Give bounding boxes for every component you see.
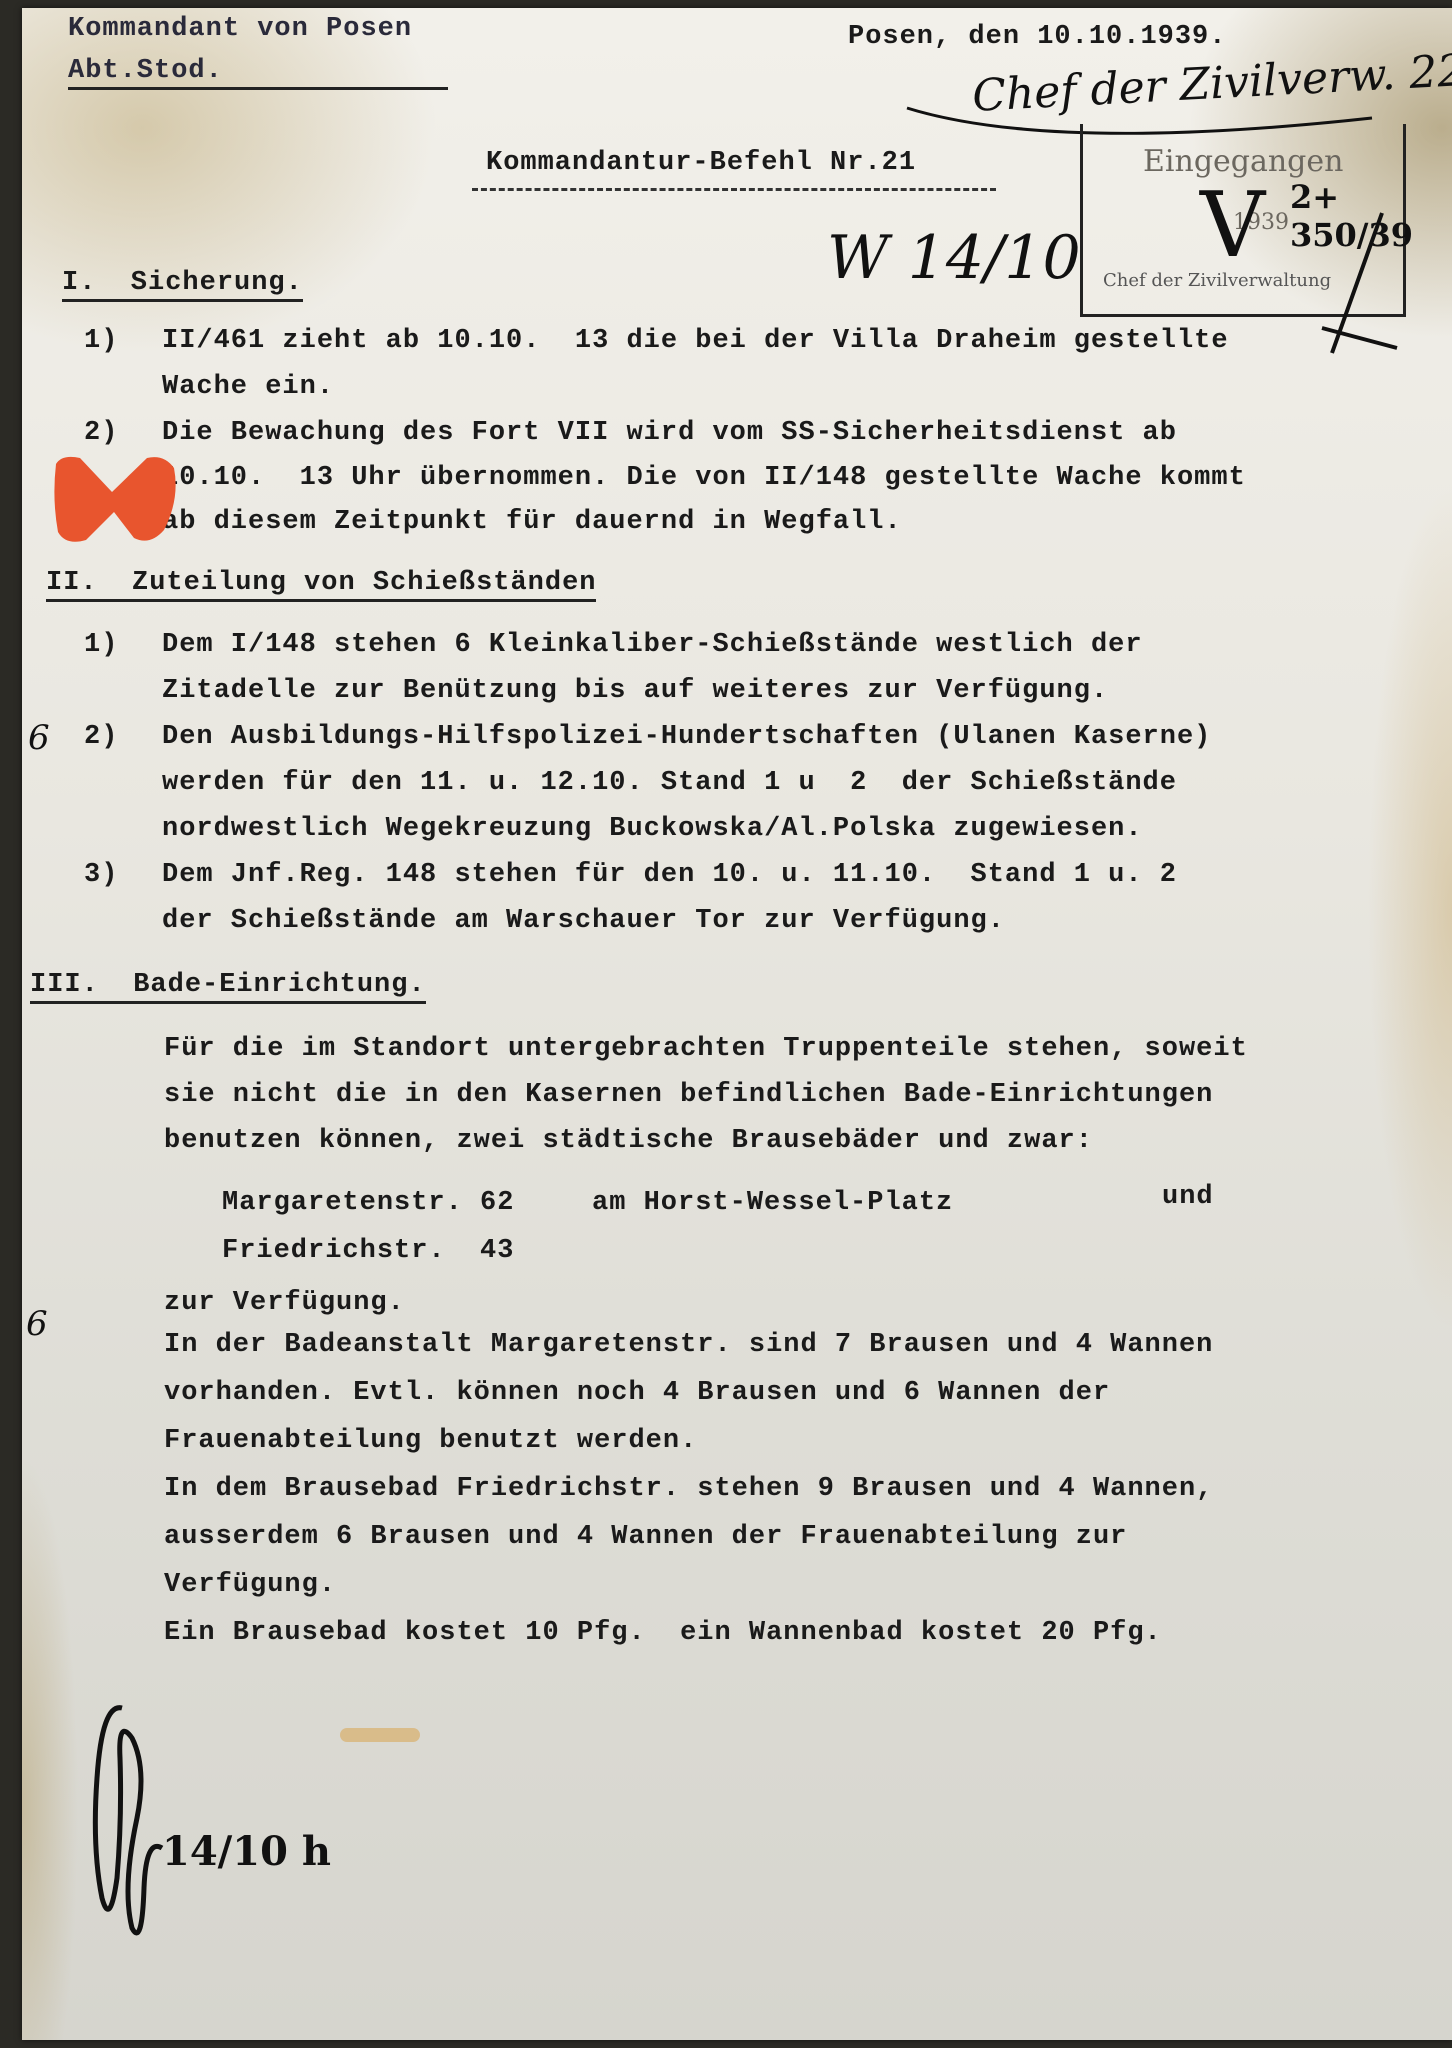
signature-date: 14/10 h <box>162 1828 331 1875</box>
section-3-para-line-2: sie nicht die in den Kasernen befindlich… <box>164 1080 1213 1110</box>
section-2-heading: II. Zuteilung von Schießständen <box>46 568 596 602</box>
section-3-after-line-3: vorhanden. Evtl. können noch 4 Brausen u… <box>164 1378 1110 1408</box>
section-1-heading: I. Sicherung. <box>62 268 303 302</box>
section-3-after-line-8: Ein Brausebad kostet 10 Pfg. ein Wannenb… <box>164 1618 1162 1648</box>
section-3-after-line-1: zur Verfügung. <box>164 1288 405 1318</box>
section-2-item-2-number: 2) <box>84 722 118 752</box>
section-2-item-2-line-3: nordwestlich Wegekreuzung Buckowska/Al.P… <box>162 814 1143 844</box>
section-3-para-line-3: benutzen können, zwei städtische Brauseb… <box>164 1126 1093 1156</box>
section-1-item-1-number: 1) <box>84 326 118 356</box>
section-2-item-3-number: 3) <box>84 860 118 890</box>
red-marker-icon <box>52 454 180 544</box>
section-2-item-3-line-2: der Schießstände am Warschauer Tor zur V… <box>162 906 1005 936</box>
margin-mark-6: 6 <box>28 718 50 758</box>
section-1-item-2-line-1: Die Bewachung des Fort VII wird vom SS-S… <box>162 418 1177 448</box>
margin-mark-6-lower: 6 <box>26 1304 48 1344</box>
signature-scribble-icon <box>62 1698 202 1938</box>
section-2-item-2-line-2: werden für den 11. u. 12.10. Stand 1 u 2… <box>162 768 1177 798</box>
section-2-item-2-line-1: Den Ausbildungs-Hilfspolizei-Hundertscha… <box>162 722 1211 752</box>
initials-w-14-10: W 14/10 <box>827 223 1081 293</box>
section-3-after-line-7: Verfügung. <box>164 1570 336 1600</box>
paper-stain <box>340 1728 420 1742</box>
section-1-item-2-line-3: ab diesem Zeitpunkt für dauernd in Wegfa… <box>162 507 902 537</box>
address-1-conjunction: und <box>1162 1182 1214 1212</box>
cross-strike-icon <box>1312 208 1402 358</box>
section-3-after-line-6: ausserdem 6 Brausen und 4 Wannen der Fra… <box>164 1522 1127 1552</box>
section-3-after-line-5: In dem Brausebad Friedrichstr. stehen 9 … <box>164 1474 1213 1504</box>
check-mark-icon: V <box>1200 173 1265 278</box>
order-title: Kommandantur-Befehl Nr.21 <box>486 148 916 178</box>
document-page: Kommandant von Posen Abt.Stod. Posen, de… <box>22 8 1452 2040</box>
section-2-item-1-line-2: Zitadelle zur Benützung bis auf weiteres… <box>162 676 1108 706</box>
section-3-heading: III. Bade-Einrichtung. <box>30 970 426 1004</box>
address-2-street: Friedrichstr. 43 <box>222 1236 514 1266</box>
address-1-note: am Horst-Wessel-Platz <box>592 1188 953 1218</box>
section-3-para-line-1: Für die im Standort untergebrachten Trup… <box>164 1034 1248 1064</box>
section-2-item-1-number: 1) <box>84 630 118 660</box>
section-1-item-1-line-2: Wache ein. <box>162 372 334 402</box>
address-1-street: Margaretenstr. 62 <box>222 1188 514 1218</box>
section-2-item-1-line-1: Dem I/148 stehen 6 Kleinkaliber-Schießst… <box>162 630 1143 660</box>
section-1-item-1-line-1: II/461 zieht ab 10.10. 13 die bei der Vi… <box>162 326 1229 356</box>
section-2-item-3-line-1: Dem Jnf.Reg. 148 stehen für den 10. u. 1… <box>162 860 1177 890</box>
section-1-item-2-line-2: 10.10. 13 Uhr übernommen. Die von II/148… <box>162 463 1246 493</box>
sender-line-2: Abt.Stod. <box>68 56 448 90</box>
section-3-after-line-2: In der Badeanstalt Margaretenstr. sind 7… <box>164 1330 1213 1360</box>
place-date: Posen, den 10.10.1939. <box>848 22 1226 52</box>
title-underline <box>472 188 996 191</box>
section-3-after-line-4: Frauenabteilung benutzt werden. <box>164 1426 697 1456</box>
section-1-item-2-number: 2) <box>84 418 118 448</box>
sender-line-1: Kommandant von Posen <box>68 14 412 44</box>
